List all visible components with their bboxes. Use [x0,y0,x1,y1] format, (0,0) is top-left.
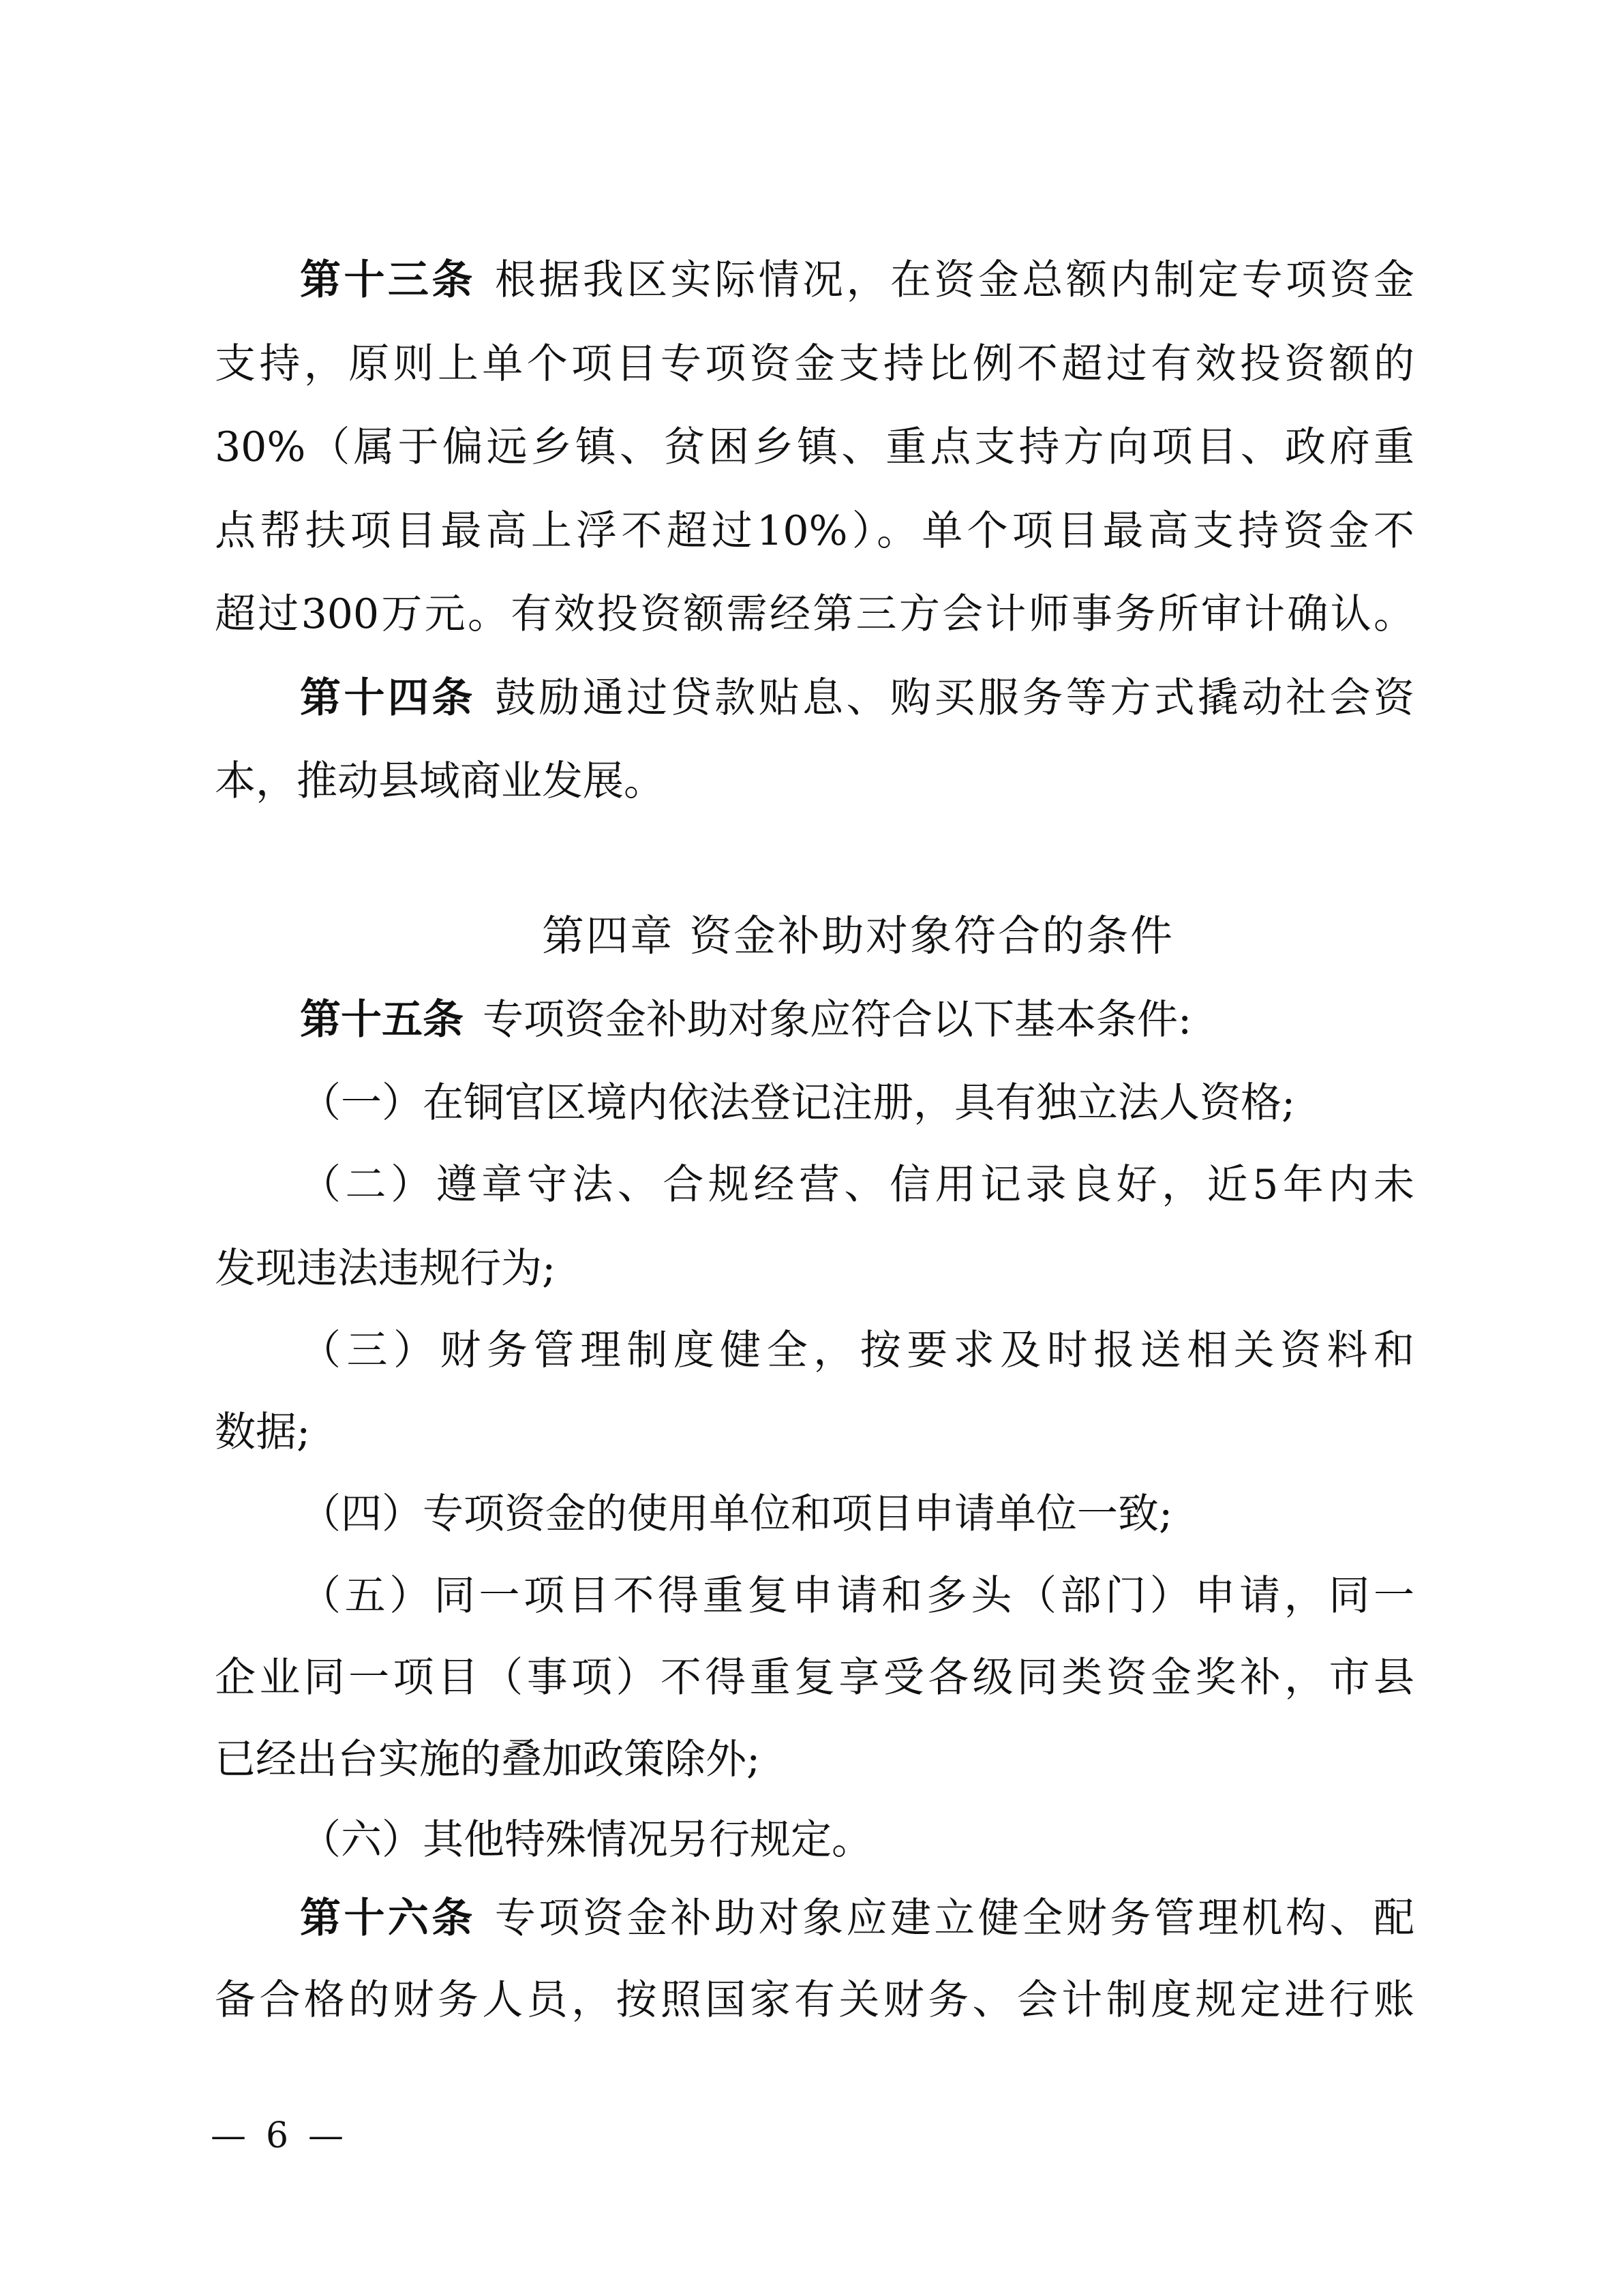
article-13-line-5: 超过300万元。有效投资额需经第三方会计师事务所审计确认。 [215,590,1414,638]
condition-item-6: （六）其他特殊情况另行规定。 [300,1816,1414,1864]
condition-item-5-line-3: 已经出台实施的叠加政策除外; [215,1736,1414,1783]
page-number: — 6 — [211,2119,344,2153]
condition-item-5-line-2: 企业同一项目（事项）不得重复享受各级同类资金奖补，市县 [215,1654,1414,1702]
article-15-label: 第十五条 [300,996,464,1044]
article-16-text: 专项资金补助对象应建立健全财务管理机构、配 [495,1894,1414,1942]
condition-item-3-line-2: 数据; [215,1408,1414,1456]
document-page: 第十三条根据我区实际情况，在资金总额内制定专项资金 支持，原则上单个项目专项资金… [0,0,1623,2296]
article-13-text: 根据我区实际情况，在资金总额内制定专项资金 [495,256,1414,304]
condition-item-5-line-1: （五）同一项目不得重复申请和多头（部门）申请，同一 [300,1572,1414,1620]
article-16-label: 第十六条 [300,1894,476,1942]
article-16-line-1: 第十六条专项资金补助对象应建立健全财务管理机构、配 [300,1894,1414,1942]
article-15-line-1: 第十五条专项资金补助对象应符合以下基本条件: [300,996,1414,1044]
article-13-line-4: 点帮扶项目最高上浮不超过10%）。单个项目最高支持资金不 [215,507,1414,555]
condition-item-3-line-1: （三）财务管理制度健全，按要求及时报送相关资料和 [300,1327,1414,1374]
article-14-text: 鼓励通过贷款贴息、购买服务等方式撬动社会资 [495,674,1414,722]
condition-item-4: （四）专项资金的使用单位和项目申请单位一致; [300,1490,1414,1538]
article-14-line-1: 第十四条鼓励通过贷款贴息、购买服务等方式撬动社会资 [300,674,1414,722]
article-16-line-2: 备合格的财务人员，按照国家有关财务、会计制度规定进行账 [215,1976,1414,2024]
condition-item-2-line-1: （二）遵章守法、合规经营、信用记录良好，近5年内未 [300,1161,1414,1209]
chapter-heading: 第四章 资金补助对象符合的条件 [542,912,1172,960]
article-13-line-3: 30%（属于偏远乡镇、贫困乡镇、重点支持方向项目、政府重 [215,423,1414,471]
condition-item-1: （一）在铜官区境内依法登记注册，具有独立法人资格; [300,1079,1414,1127]
article-14-label: 第十四条 [300,674,476,722]
article-13-line-2: 支持，原则上单个项目专项资金支持比例不超过有效投资额的 [215,340,1414,388]
article-15-text: 专项资金补助对象应符合以下基本条件: [483,996,1192,1044]
article-13-label: 第十三条 [300,256,476,304]
article-14-line-2: 本，推动县域商业发展。 [215,757,1414,805]
condition-item-2-line-2: 发现违法违规行为; [215,1245,1414,1293]
article-13-line-1: 第十三条根据我区实际情况，在资金总额内制定专项资金 [300,256,1414,304]
